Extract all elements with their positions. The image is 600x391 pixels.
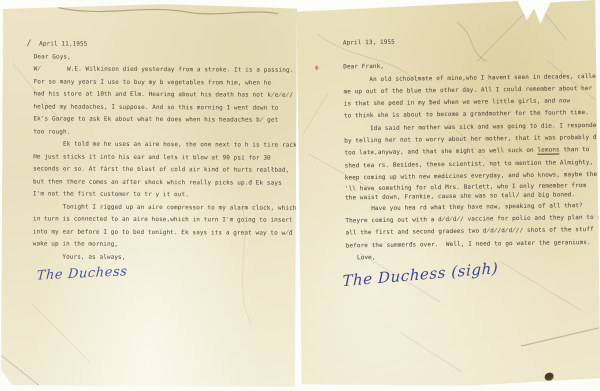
paragraph: Ek told me he uses an aire hose, the one…: [33, 138, 295, 202]
letter-line: W̸ W.E. Wilkinson died yesterday from a …: [34, 63, 296, 77]
letter-date: April 11,1955: [32, 40, 88, 47]
paragraph: Ida said her mother was sick and was goi…: [344, 120, 597, 203]
scanned-letters-background: / April 11,1955 Dear Goys, W̸ W.E. Wilki…: [0, 0, 600, 391]
dark-ink-stain: [545, 373, 554, 381]
letter-left-content: / April 11,1955 Dear Goys, W̸ W.E. Wilki…: [33, 37, 296, 281]
letter-paper-left: / April 11,1955 Dear Goys, W̸ W.E. Wilki…: [1, 3, 297, 387]
underlined-word: lemons: [537, 147, 559, 155]
letter-date: April 13, 1955: [343, 34, 595, 50]
letter-line: I'm not the first customer to tr y it ou…: [33, 188, 295, 202]
paragraph: Tonight I rigged up an aire compressor t…: [33, 201, 295, 252]
paragraph: Have you hea rd what they have now, spea…: [345, 200, 598, 253]
letter-line: Ek told me he uses an aire hose, the one…: [33, 138, 295, 152]
paragraph: W̸ W.E. Wilkinson died yesterday from a …: [33, 63, 295, 139]
line-segment: than to: [560, 146, 590, 153]
letter-right-content: April 13, 1955 Dear Frank, An old school…: [343, 34, 598, 284]
line-segment: too late,anyway, and that she might as w…: [344, 147, 537, 157]
letter-line: seconds or so. At fárst the blast of col…: [33, 163, 295, 177]
small-red-stain: [315, 66, 318, 70]
letter-line: Ek's Garage to ask Ek about what he does…: [33, 113, 295, 127]
letter-line: had his store at 10th and Elm. Hearing a…: [33, 88, 295, 102]
letter-line: wake up in the morning,: [33, 238, 295, 252]
letter-line: in turn is connected to an aire hose,whi…: [33, 213, 295, 227]
letter-paper-right: April 13, 1955 Dear Frank, An old school…: [296, 0, 600, 388]
signature-left: The Duchess: [36, 263, 157, 284]
date-line: / April 11,1955: [27, 37, 296, 52]
paragraph: An old schoolmate of mine,who I havent s…: [343, 71, 596, 124]
closing: Yours, as always,: [33, 251, 295, 265]
